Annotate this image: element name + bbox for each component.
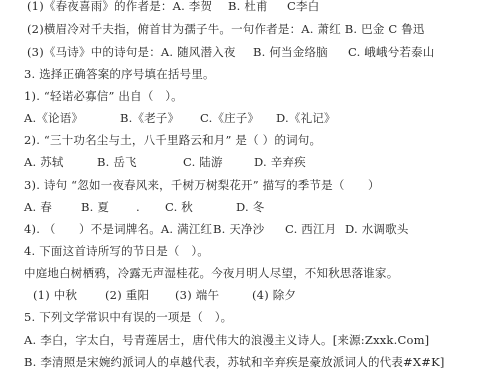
text-segment: C. 峨峨兮若泰山 (348, 44, 435, 60)
text-segment: (1)《春夜喜雨》的作者是：A. 李贺 (27, 0, 212, 14)
text-segment: C. 秋 (165, 199, 193, 215)
text-segment: 3. 选择正确答案的序号填在括号里。 (24, 66, 215, 82)
text-segment: 3). 诗句 “忽如一夜春风来，千树万树梨花开” 描写的季节是（ ） (24, 177, 380, 193)
text-segment: B. 李清照是宋婉约派词人的卓越代表，苏轼和辛弃疾是豪放派词人的代表#X#K] (24, 354, 445, 370)
text-segment: D. 辛弃疾 (254, 154, 306, 170)
text-segment: C. 陆游 (183, 154, 223, 170)
text-segment: C李白 (287, 0, 319, 14)
text-segment: 1). “轻诺必寡信” 出自（ ）。 (24, 88, 183, 104)
text-segment: (2) 重阳 (105, 287, 149, 303)
text-segment: 4). （ ）不是词牌名。A. 满江红 (24, 221, 212, 237)
text-segment: 中庭地白树栖鸦，冷露无声湿桂花。今夜月明人尽望，不知秋思落谁家。 (24, 265, 398, 281)
text-segment: . (136, 199, 140, 215)
text-segment: B. 何当金络脑 (253, 44, 328, 60)
text-segment: C.《庄子》 (200, 110, 259, 126)
text-segment: (3) 端午 (175, 287, 219, 303)
text-segment: B. 杜甫 (228, 0, 268, 14)
text-segment: B. 夏 (81, 199, 109, 215)
text-segment: (2)横眉冷对千夫指，俯首甘为孺子牛。一句作者是：A. 萧红 B. 巴金 C 鲁… (27, 21, 425, 37)
text-segment: A. 苏轼 (24, 154, 64, 170)
text-segment: A. 李白，字太白，号青莲居士，唐代伟大的浪漫主义诗人。[来源:Zxxk.Com… (24, 332, 429, 348)
text-segment: C. 西江月 (285, 221, 336, 237)
text-segment: (1) 中秋 (33, 287, 77, 303)
text-segment: D.《礼记》 (276, 110, 336, 126)
text-segment: 5. 下列文学常识中有误的一项是（ ）。 (24, 309, 232, 325)
text-segment: A.《论语》 (24, 110, 83, 126)
text-segment: A. 春 (24, 199, 52, 215)
text-segment: B. 岳飞 (97, 154, 137, 170)
text-segment: D. 水调歌头 (345, 221, 409, 237)
text-segment: B.《老子》 (120, 110, 179, 126)
text-segment: (3)《马诗》中的诗句是：A. 随风潜入夜 (27, 44, 236, 60)
text-segment: (4) 除夕 (252, 287, 296, 303)
text-segment: B. 天净沙 (213, 221, 264, 237)
text-segment: D. 冬 (236, 199, 264, 215)
text-segment: 4. 下面这首诗所写的节日是（ ）。 (24, 243, 209, 259)
text-segment: 2). “三十功名尘与土，八千里路云和月” 是（ ）的词句。 (24, 132, 321, 148)
